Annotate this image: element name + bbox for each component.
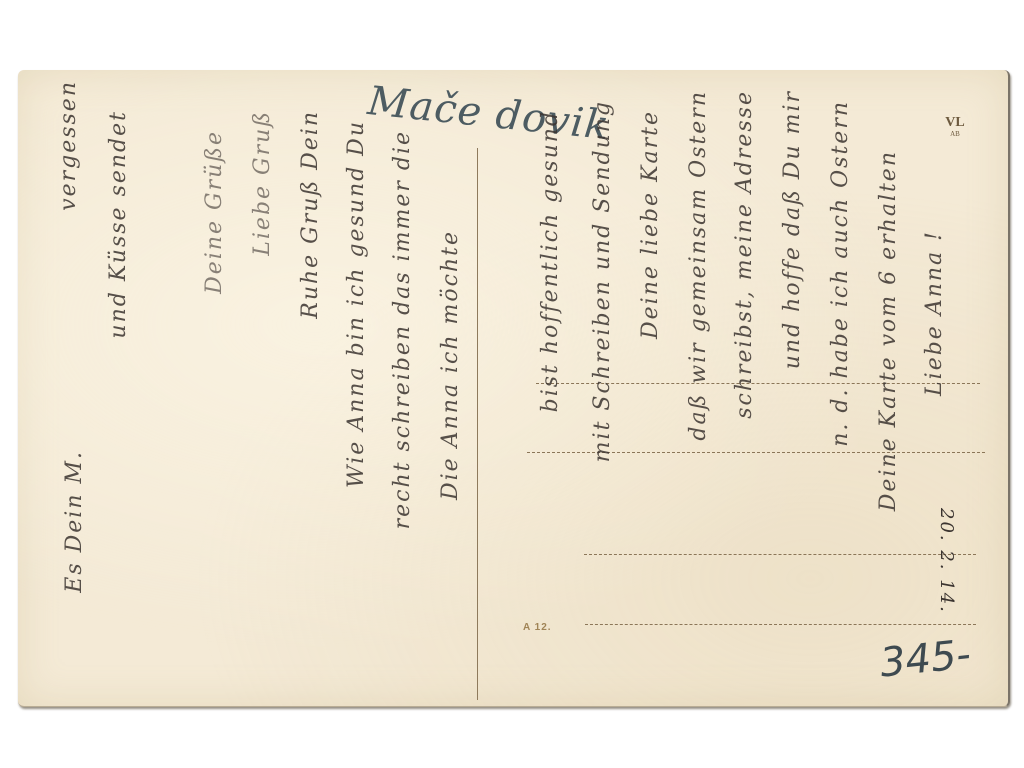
handwriting-left-col-1: Die Anna ich möchte: [438, 230, 463, 500]
handwriting-right-col-1: Liebe Anna !: [922, 230, 947, 396]
handwriting-right-col-7: Deine liebe Karte: [638, 110, 663, 339]
handwriting-left-col-2: recht schreiben das immer die: [390, 130, 415, 529]
publisher-code: A 12.: [523, 622, 552, 633]
postcard-back: A 12. VL AB Mače dovik 345- 20. 2. 14. L…: [18, 70, 1010, 707]
address-line-4: [585, 624, 976, 625]
handwriting-left-col-7: und Küsse sendet: [106, 110, 131, 339]
handwriting-left-col-5: Liebe Gruß: [250, 110, 275, 256]
handwritten-date: 20. 2. 14.: [936, 508, 957, 614]
handwriting-left-col-8: Es Dein M.: [62, 450, 87, 593]
handwriting-right-col-5: schreibst, meine Adresse: [732, 90, 757, 419]
message-address-divider: [477, 148, 478, 700]
handwriting-right-col-3: n. d. habe ich auch Ostern: [828, 100, 853, 447]
publisher-logo-icon: VL AB: [944, 116, 966, 140]
handwriting-left-col-6: Deine Grüße: [202, 130, 227, 294]
pencil-catalog-number: 345-: [878, 631, 973, 686]
handwriting-left-edge-col: vergessen: [56, 80, 81, 211]
handwriting-right-col-9: bist hoffentlich gesund: [538, 110, 563, 412]
handwriting-right-col-6: daß wir gemeinsam Ostern: [686, 90, 711, 441]
publisher-logo-sub: AB: [944, 130, 966, 138]
handwriting-left-col-4: Ruhe Gruß Dein: [298, 110, 323, 319]
publisher-logo-mark: VL: [944, 116, 966, 130]
handwriting-right-col-8: mit Schreiben und Sendung: [590, 100, 615, 462]
handwriting-right-col-4: und hoffe daß Du mir: [780, 90, 805, 369]
address-line-3: [584, 554, 976, 555]
handwriting-right-col-2: Deine Karte vom 6 erhalten: [876, 150, 901, 511]
handwriting-left-col-3: Wie Anna bin ich gesund Du: [344, 120, 369, 488]
